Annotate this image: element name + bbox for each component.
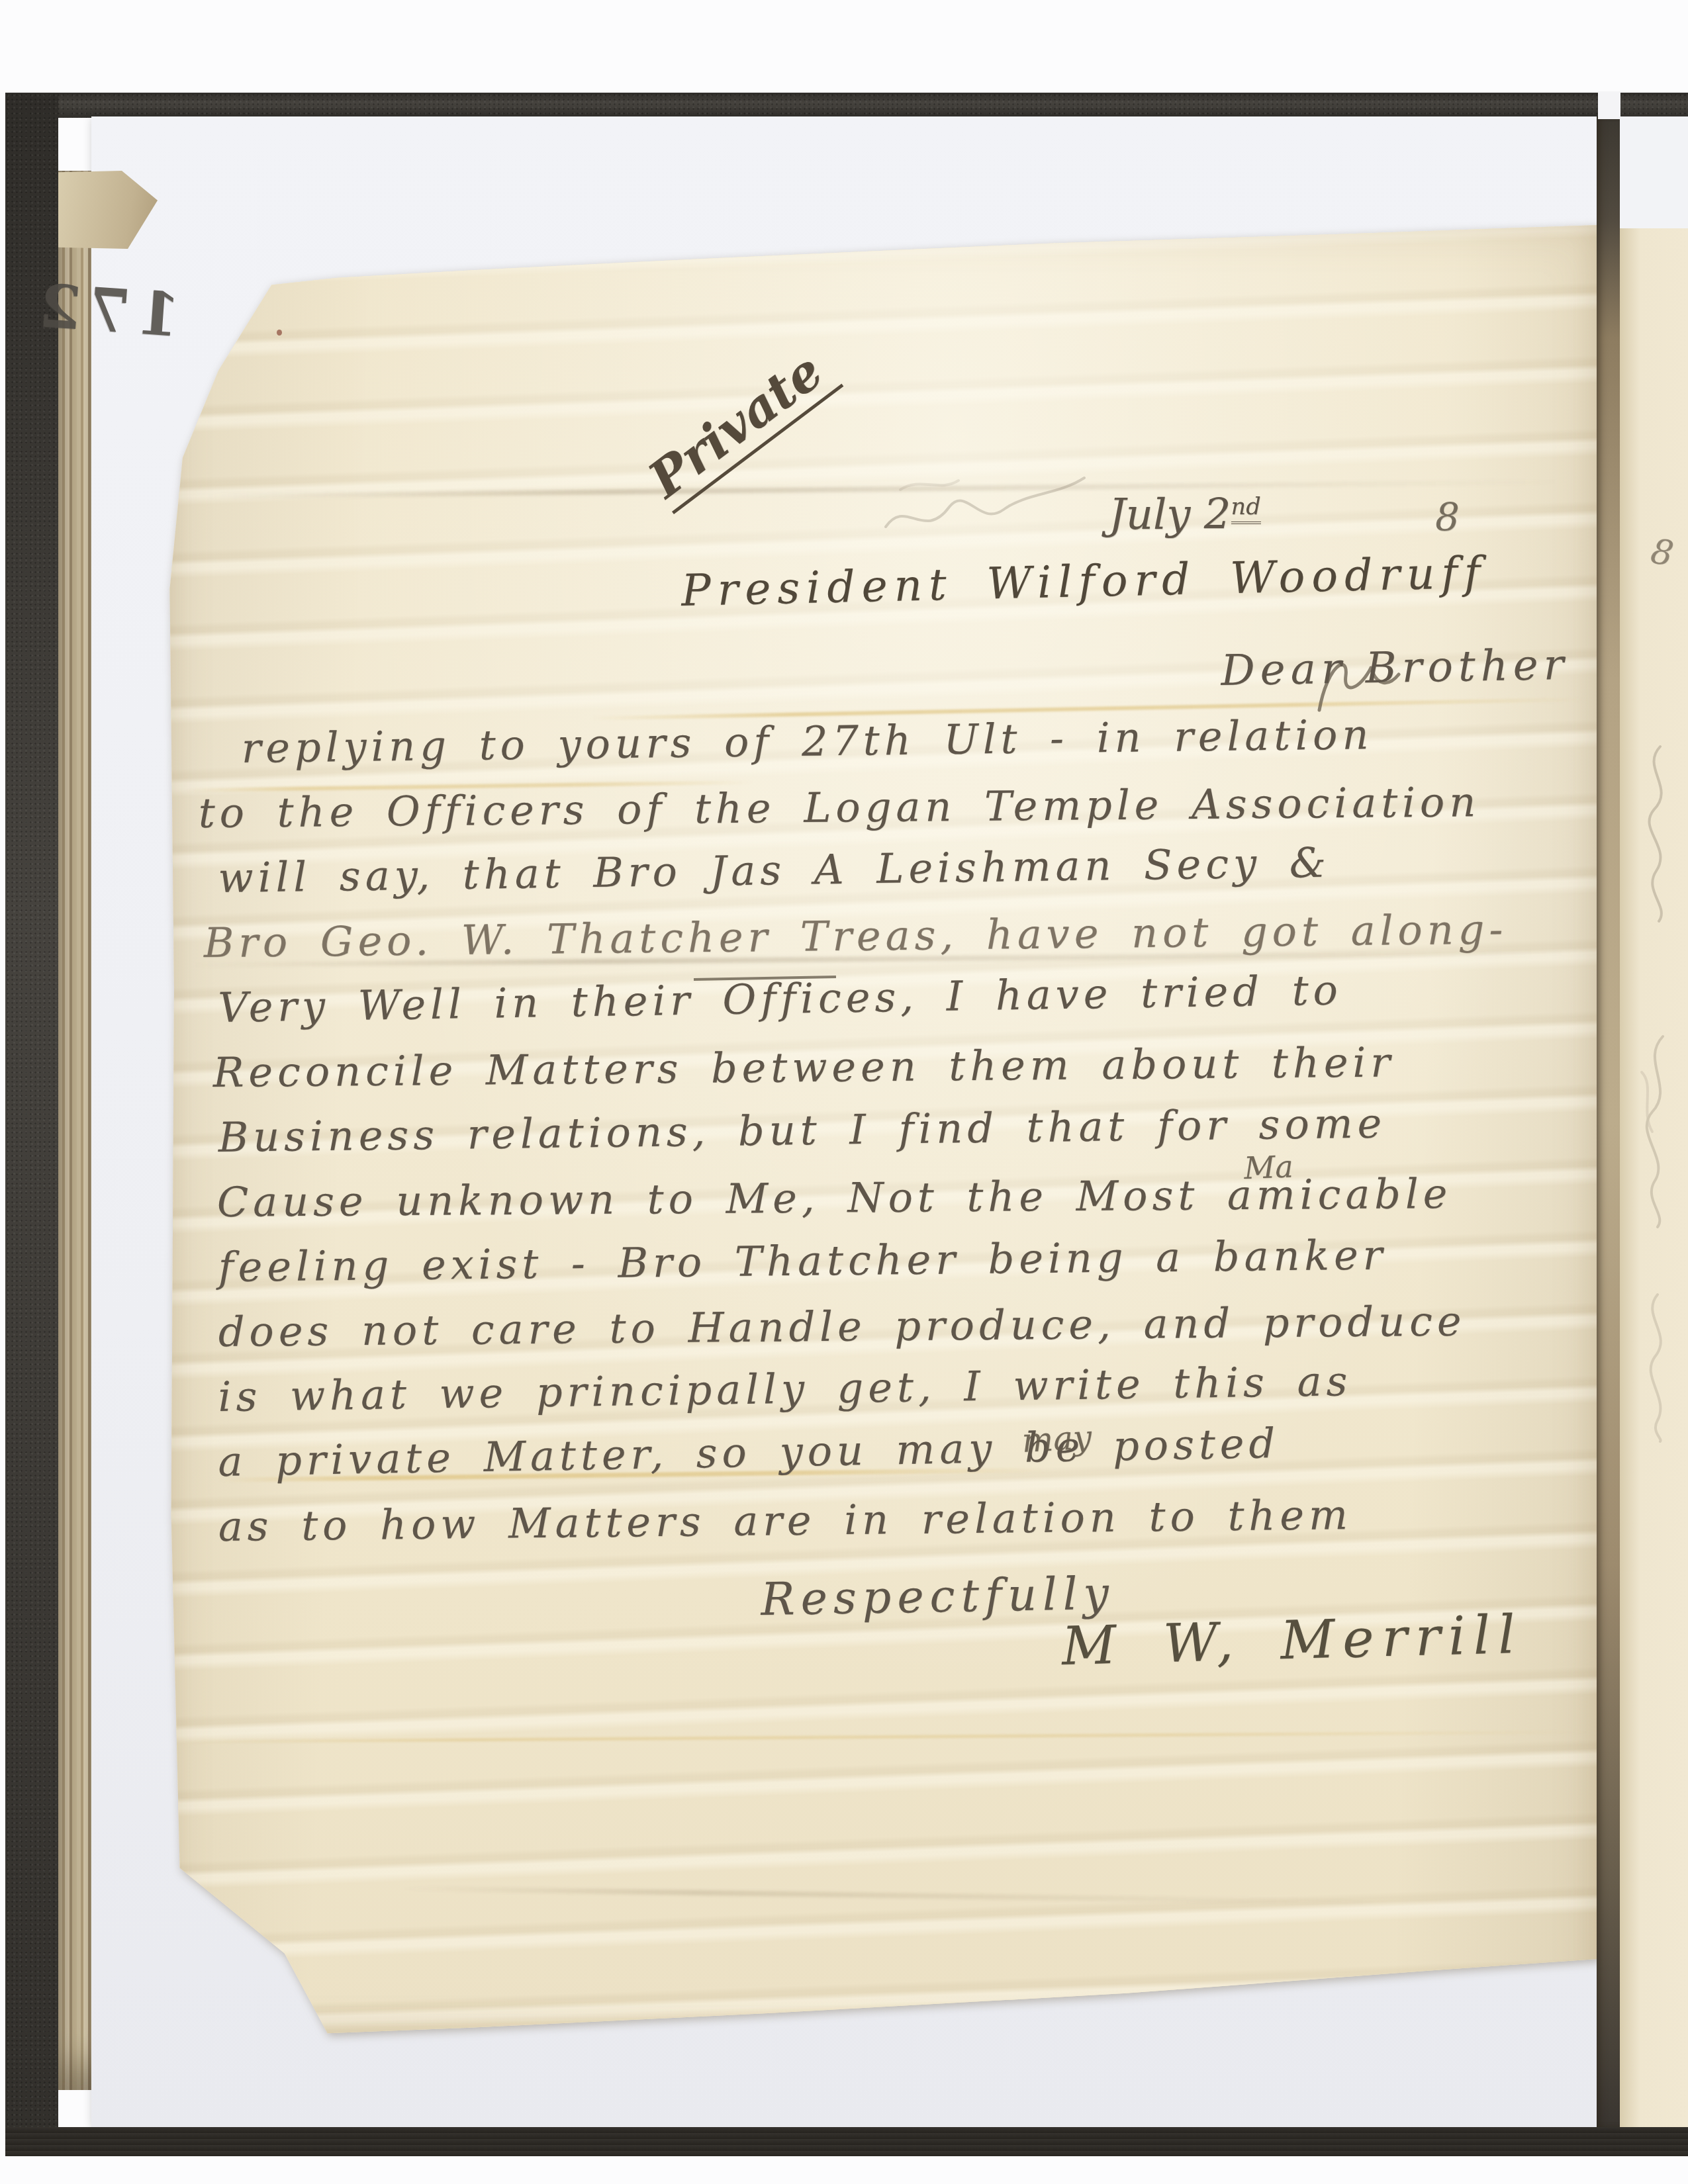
letter-line-2: to the Officers of the Logan Temple Asso… [198,782,1480,834]
letter-line-9: feeling exist - Bro Thatcher being a ban… [218,1235,1387,1288]
letter-line-10: does not care to Handle produce, and pro… [218,1301,1466,1353]
letter-line-6: Reconcile Matters between them about the… [212,1042,1395,1093]
interline-insertion-ma: Ma [1243,1151,1293,1183]
bleed-through-mark [1628,1032,1685,1231]
salutation: Dear Brother [1221,644,1570,692]
date-line: July 2nd [1109,494,1261,536]
paper-wrinkle [397,1886,1390,1905]
letter-line-13: as to how Matters are in relation to the… [218,1494,1352,1547]
interline-insertion-may: may [1021,1421,1092,1457]
bleed-through-mark [880,463,1092,556]
marginal-numeral: 8 [1435,498,1460,536]
page-number-stamp: 172 [30,276,182,345]
bleed-through-mark [1634,1291,1680,1443]
adjacent-backing-sheet [1620,116,1688,230]
scanned-page-background: 172 Private July 2nd 8 President Wilford… [0,0,1688,2184]
paper-crease [175,1731,1592,1744]
bleed-through-mark [1634,741,1683,927]
book-cover-left-edge [5,93,58,2156]
paper-speck [277,330,282,336]
date-ordinal: nd [1231,493,1261,524]
signature: M W, Merrill [1061,1608,1524,1673]
book-cover-top-edge [5,93,1688,118]
book-cover-bottom-edge [5,2127,1688,2156]
cover-bar-gap [1598,91,1620,119]
date-day-month: July 2 [1109,490,1231,539]
